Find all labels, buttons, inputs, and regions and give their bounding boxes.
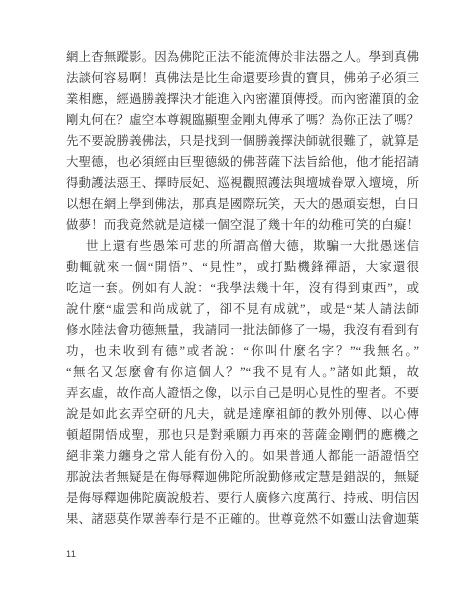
text-line: 以想在網上學到佛法，那真是國際玩笑，天大的愚頑妄想，白日 [66,194,419,215]
text-line: 先不要說勝義佛法，只是找到一個勝義擇決師就很難了，就算是 [66,131,419,152]
text-line: 剛丸何在？虛空本尊親臨顯聖金剛丸傳承了嗎？為你正法了嗎？ [66,110,419,131]
text-line: 得動護法惡王、擇時辰妃、巡視觀照護法與壇城眷眾入壇境，所 [66,173,419,194]
text-line: 那說法者無疑是在侮辱釋迦佛陀所說勤修戒定慧是錯誤的，無疑 [66,467,419,488]
text-line: 是侮辱釋迦佛陀廣說般若、要行人廣修六度萬行、持戒、明信因 [66,488,419,509]
paragraph: 世上還有些愚笨可悲的所謂高僧大德，欺騙一大批愚迷信眾，動輒就來一個“開悟”、“見… [66,236,419,530]
paragraph: 網上杳無蹤影。因為佛陀正法不能流傳於非法器之人。學到真佛法談何容易啊！真佛法是比… [66,47,419,236]
text-line: 頓超開悟成聖，那也只是對乘願力再來的菩薩金剛們的應機之醒， [66,425,419,446]
text-line: 說什麼“虛雲和尚成就了，卻不見有成就”，或是“某人請法師 [66,299,419,320]
document-page: 網上杳無蹤影。因為佛陀正法不能流傳於非法器之人。學到真佛法談何容易啊！真佛法是比… [0,0,464,600]
text-line: 弄玄虛，故作高人證悟之像，以示自己是明心見性的聖者。不要 [66,383,419,404]
text-line: “無名又怎麼會有你這個人？”“我不見有人。”諸如此類，故 [66,362,419,383]
page-number: 11 [66,549,76,559]
text-line: 業相應，經過勝義擇決才能進入內密灌頂傳授。而內密灌頂的金 [66,89,419,110]
text-line: 網上杳無蹤影。因為佛陀正法不能流傳於非法器之人。學到真佛 [66,47,419,68]
text-line: 功，也未收到有德”或者說：“你叫什麼名字？”“我無名。” [66,341,419,362]
text-line: 動輒就來一個“開悟”、“見性”，或打點機鋒禪語，大家還很 [66,257,419,278]
text-line: 世上還有些愚笨可悲的所謂高僧大德，欺騙一大批愚迷信眾， [66,236,419,257]
text-line: 果、諸惡莫作眾善奉行是不正確的。世尊竟然不如靈山法會迦葉 [66,509,419,530]
text-line: 絕非業力纏身之常人能有份入的。如果普通人都能一語證悟空性， [66,446,419,467]
text-line: 修水陸法會功德無量，我請同一批法師修了一場，我沒有看到有 [66,320,419,341]
text-line: 說是如此玄弄空研的凡夫，就是達摩祖師的教外別傳、以心傳心、 [66,404,419,425]
text-line: 做夢！而我竟然就是這樣一個空混了幾十年的幼稚可笑的白癡！ [66,215,419,236]
text-line: 吃這一套。例如有人說：“我學法幾十年，沒有得到東西”，或 [66,278,419,299]
text-line: 大聖德，也必須經由巨聖德級的佛菩薩下法旨給他，他才能招請 [66,152,419,173]
text-line: 法談何容易啊！真佛法是比生命還要珍貴的寶貝，佛弟子必須三 [66,68,419,89]
page-text: 網上杳無蹤影。因為佛陀正法不能流傳於非法器之人。學到真佛法談何容易啊！真佛法是比… [66,47,419,530]
